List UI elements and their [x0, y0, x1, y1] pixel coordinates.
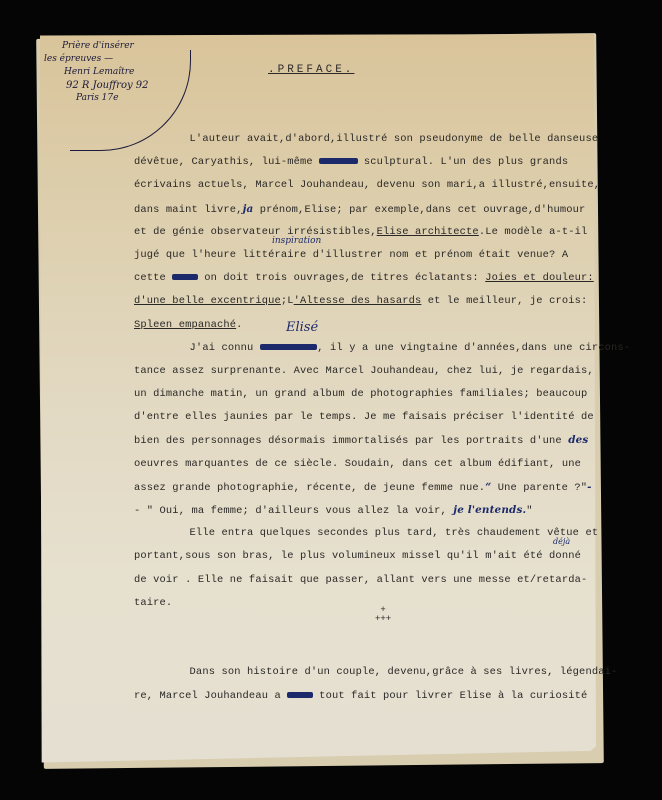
typed-text: tout fait pour livrer Elise à la curiosi…	[313, 690, 588, 702]
underlined-title: 'Altesse des hasards	[294, 295, 422, 307]
text-line: écrivains actuels, Marcel Jouhandeau, de…	[134, 174, 624, 197]
struck-out-word: muse	[172, 274, 198, 280]
typed-body: L'auteur avait,d'abord,illustré son pseu…	[164, 128, 624, 708]
typed-text: Une parente ?"	[491, 482, 587, 494]
typed-text: cette	[134, 272, 172, 284]
text-line: oeuvres marquantes de ce siècle. Soudain…	[134, 453, 624, 476]
text-line: Spleen empanaché.	[134, 314, 624, 337]
underlined-title: Joies et douleur:	[485, 272, 594, 284]
typed-text: dans maint livre,	[134, 204, 243, 216]
typed-text: taire.	[134, 597, 172, 609]
handwritten-correction: des	[568, 434, 588, 446]
text-line: re, Marcel Jouhandeau a déjà tout fait p…	[134, 685, 624, 708]
struck-out-word: Caryathis	[260, 344, 317, 350]
underlined-title: Spleen empanaché	[134, 319, 236, 331]
typed-text: et le meilleur, je crois:	[421, 295, 587, 307]
typed-text: ;L	[281, 295, 294, 307]
text-line: dans maint livre,ja prénom,Elise; par ex…	[134, 198, 624, 221]
typed-text: d'entre elles jaunies par le temps. Je m…	[134, 411, 594, 423]
handwritten-insertion-inspiration: inspiration	[272, 236, 321, 246]
underlined-title: d'une belle excentrique	[134, 295, 281, 307]
text-line	[134, 638, 624, 661]
text-line: assez grande photographie, récente, de j…	[134, 476, 624, 499]
typed-text: .	[236, 319, 242, 331]
typed-text: , il y a une vingtaine d'années,dans une…	[317, 342, 630, 354]
typed-text: assez grande photographie, récente, de j…	[134, 482, 485, 494]
handwritten-insertion-elise: Elisé	[286, 320, 318, 335]
handwritten-correction: je l'entends.	[453, 504, 526, 516]
underlined-title: Elise architecte	[377, 226, 479, 238]
typed-text: écrivains actuels, Marcel Jouhandeau, de…	[134, 179, 600, 191]
struck-out-word: statue	[319, 158, 357, 164]
typed-text: jugé que l'heure littéraire d'illustrer …	[134, 249, 568, 261]
separator-bottom: +++	[375, 615, 391, 624]
typed-text: dévêtue, Caryathis, lui-même	[134, 156, 319, 168]
handwritten-correction: -	[587, 481, 591, 493]
typed-text: - " Oui, ma femme; d'ailleurs vous allez…	[134, 505, 453, 517]
section-separator: + +++	[375, 606, 391, 624]
text-line: bien des personnages désormais immortali…	[134, 429, 624, 452]
typed-text: Dans son histoire d'un couple, devenu,gr…	[190, 666, 618, 678]
text-line: un dimanche matin, un grand album de pho…	[134, 383, 624, 406]
text-line: dévêtue, Caryathis, lui-même statue scul…	[134, 151, 624, 174]
text-line: J'ai connu Caryathis, il y a une vingtai…	[164, 337, 624, 360]
text-line: Dans son histoire d'un couple, devenu,gr…	[164, 661, 624, 684]
text-line: et de génie observateur irrésistibles,El…	[134, 221, 624, 244]
typed-text: un dimanche matin, un grand album de pho…	[134, 388, 587, 400]
text-line: cette muse on doit trois ouvrages,de tit…	[134, 267, 624, 290]
typed-text: Elle entra quelques secondes plus tard, …	[190, 527, 599, 539]
text-line: tance assez surprenante. Avec Marcel Jou…	[134, 360, 624, 383]
text-line: L'auteur avait,d'abord,illustré son pseu…	[164, 128, 624, 151]
handwritten-correction: ja	[243, 203, 254, 215]
typed-text: de voir . Elle ne faisait que passer, al…	[134, 574, 587, 586]
typed-text: prénom,Elise; par exemple,dans cet ouvra…	[253, 204, 585, 216]
typed-text: portant,sous son bras, le plus volumineu…	[134, 550, 581, 562]
typed-text: on doit trois ouvrages,de titres éclatan…	[198, 272, 485, 284]
page-title: .PREFACE.	[268, 64, 354, 76]
text-line: jugé que l'heure littéraire d'illustrer …	[134, 244, 624, 267]
typed-text: bien des personnages désormais immortali…	[134, 435, 568, 447]
text-line: portant,sous son bras, le plus volumineu…	[134, 545, 624, 568]
typed-text: sculptural. L'un des plus grands	[358, 156, 569, 168]
text-line: d'une belle excentrique;L'Altesse des ha…	[134, 290, 624, 313]
struck-out-word: déjà	[287, 692, 313, 698]
typed-text: tance assez surprenante. Avec Marcel Jou…	[134, 365, 594, 377]
text-line: d'entre elles jaunies par le temps. Je m…	[134, 406, 624, 429]
typed-text: "	[526, 505, 532, 517]
typed-text: L'auteur avait,d'abord,illustré son pseu…	[190, 133, 599, 145]
typed-text: oeuvres marquantes de ce siècle. Soudain…	[134, 458, 581, 470]
handwritten-insertion-deja: déjà	[553, 537, 570, 546]
text-line: - " Oui, ma femme; d'ailleurs vous allez…	[134, 499, 624, 522]
typed-text: J'ai connu	[190, 342, 260, 354]
typed-text: re, Marcel Jouhandeau a	[134, 690, 287, 702]
text-line: de voir . Elle ne faisait que passer, al…	[134, 569, 624, 592]
typed-text: .Le modèle a-t-il	[479, 226, 588, 238]
typed-text: et de génie observateur irrésistibles,	[134, 226, 377, 238]
